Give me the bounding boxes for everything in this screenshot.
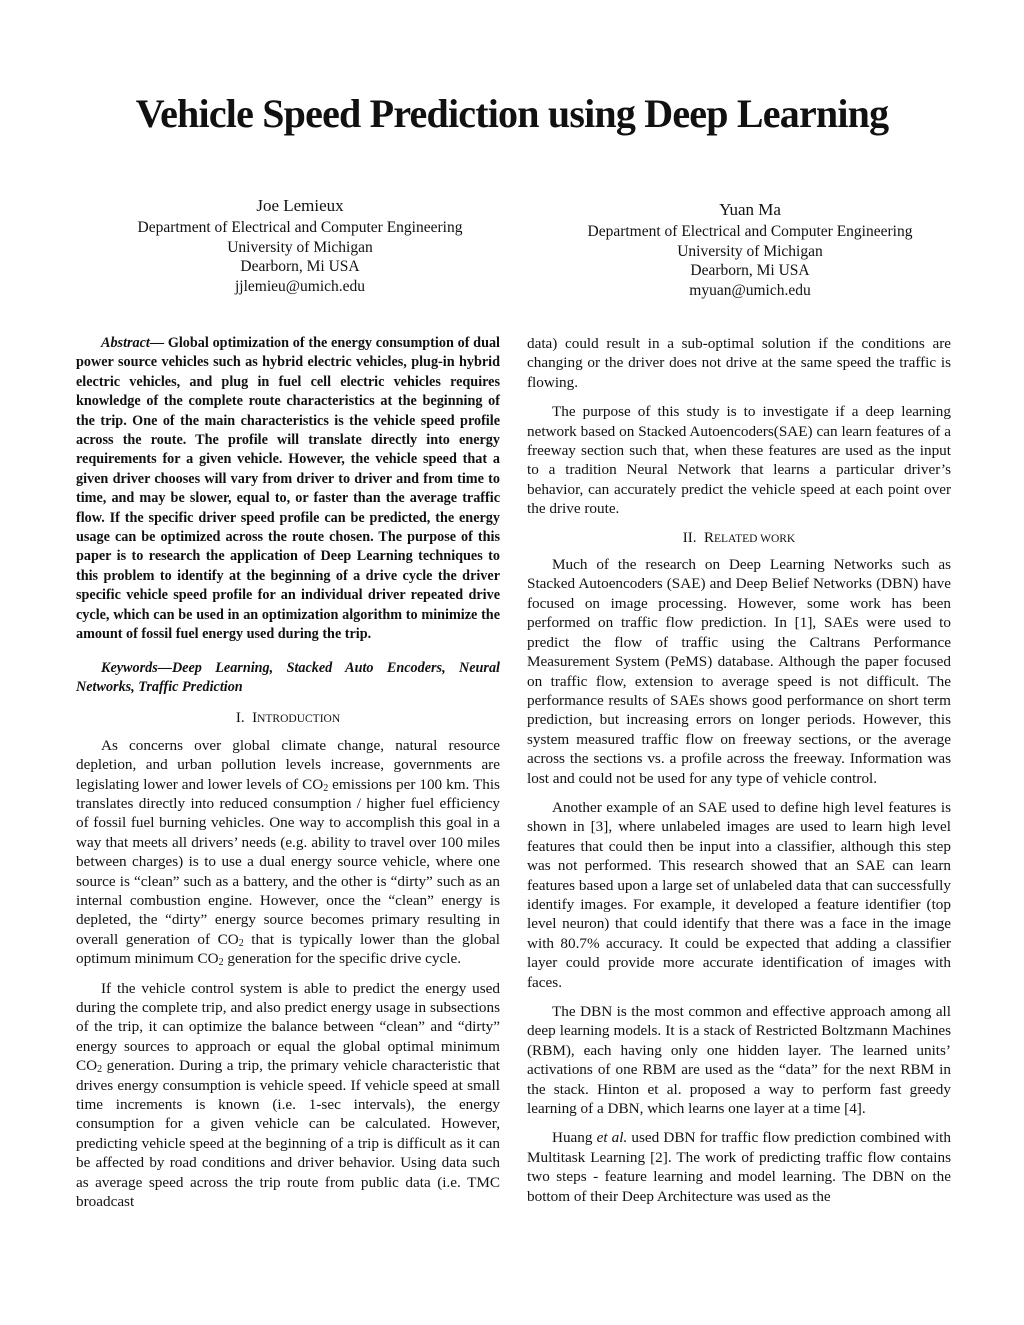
author-block-1: Joe Lemieux Department of Electrical and… [80,194,520,296]
intro-paragraph-3: The purpose of this study is to investig… [527,402,951,518]
abstract-text: Global optimization of the energy consum… [76,335,500,642]
author-university: University of Michigan [80,238,520,258]
intro-paragraph-2-continued: data) could result in a sub-optimal solu… [527,334,951,392]
keywords: Keywords—Deep Learning, Stacked Auto Enc… [76,659,500,698]
right-column: data) could result in a sub-optimal solu… [527,334,951,1216]
author-name: Joe Lemieux [80,194,520,218]
author-email: jjlemieu@umich.edu [80,277,520,297]
related-paragraph-1: Much of the research on Deep Learning Ne… [527,555,951,788]
related-paragraph-4: Huang et al. used DBN for traffic flow p… [527,1128,951,1206]
author-block-2: Yuan Ma Department of Electrical and Com… [530,198,970,300]
author-location: Dearborn, Mi USA [530,261,970,281]
related-paragraph-2: Another example of an SAE used to define… [527,798,951,992]
intro-paragraph-1: As concerns over global climate change, … [76,736,500,969]
paper-title: Vehicle Speed Prediction using Deep Lear… [0,88,1024,140]
author-department: Department of Electrical and Computer En… [530,222,970,242]
author-location: Dearborn, Mi USA [80,257,520,277]
author-department: Department of Electrical and Computer En… [80,218,520,238]
related-paragraph-3: The DBN is the most common and effective… [527,1002,951,1118]
section-heading-introduction: I. Introduction [76,709,500,729]
section-heading-related-work: II. Related work [527,529,951,549]
author-university: University of Michigan [530,242,970,262]
left-column: Abstract— Global optimization of the ene… [76,334,500,1221]
abstract-label: Abstract [101,335,150,351]
author-name: Yuan Ma [530,198,970,222]
intro-paragraph-2: If the vehicle control system is able to… [76,979,500,1212]
author-email: myuan@umich.edu [530,281,970,301]
abstract: Abstract— Global optimization of the ene… [76,334,500,645]
